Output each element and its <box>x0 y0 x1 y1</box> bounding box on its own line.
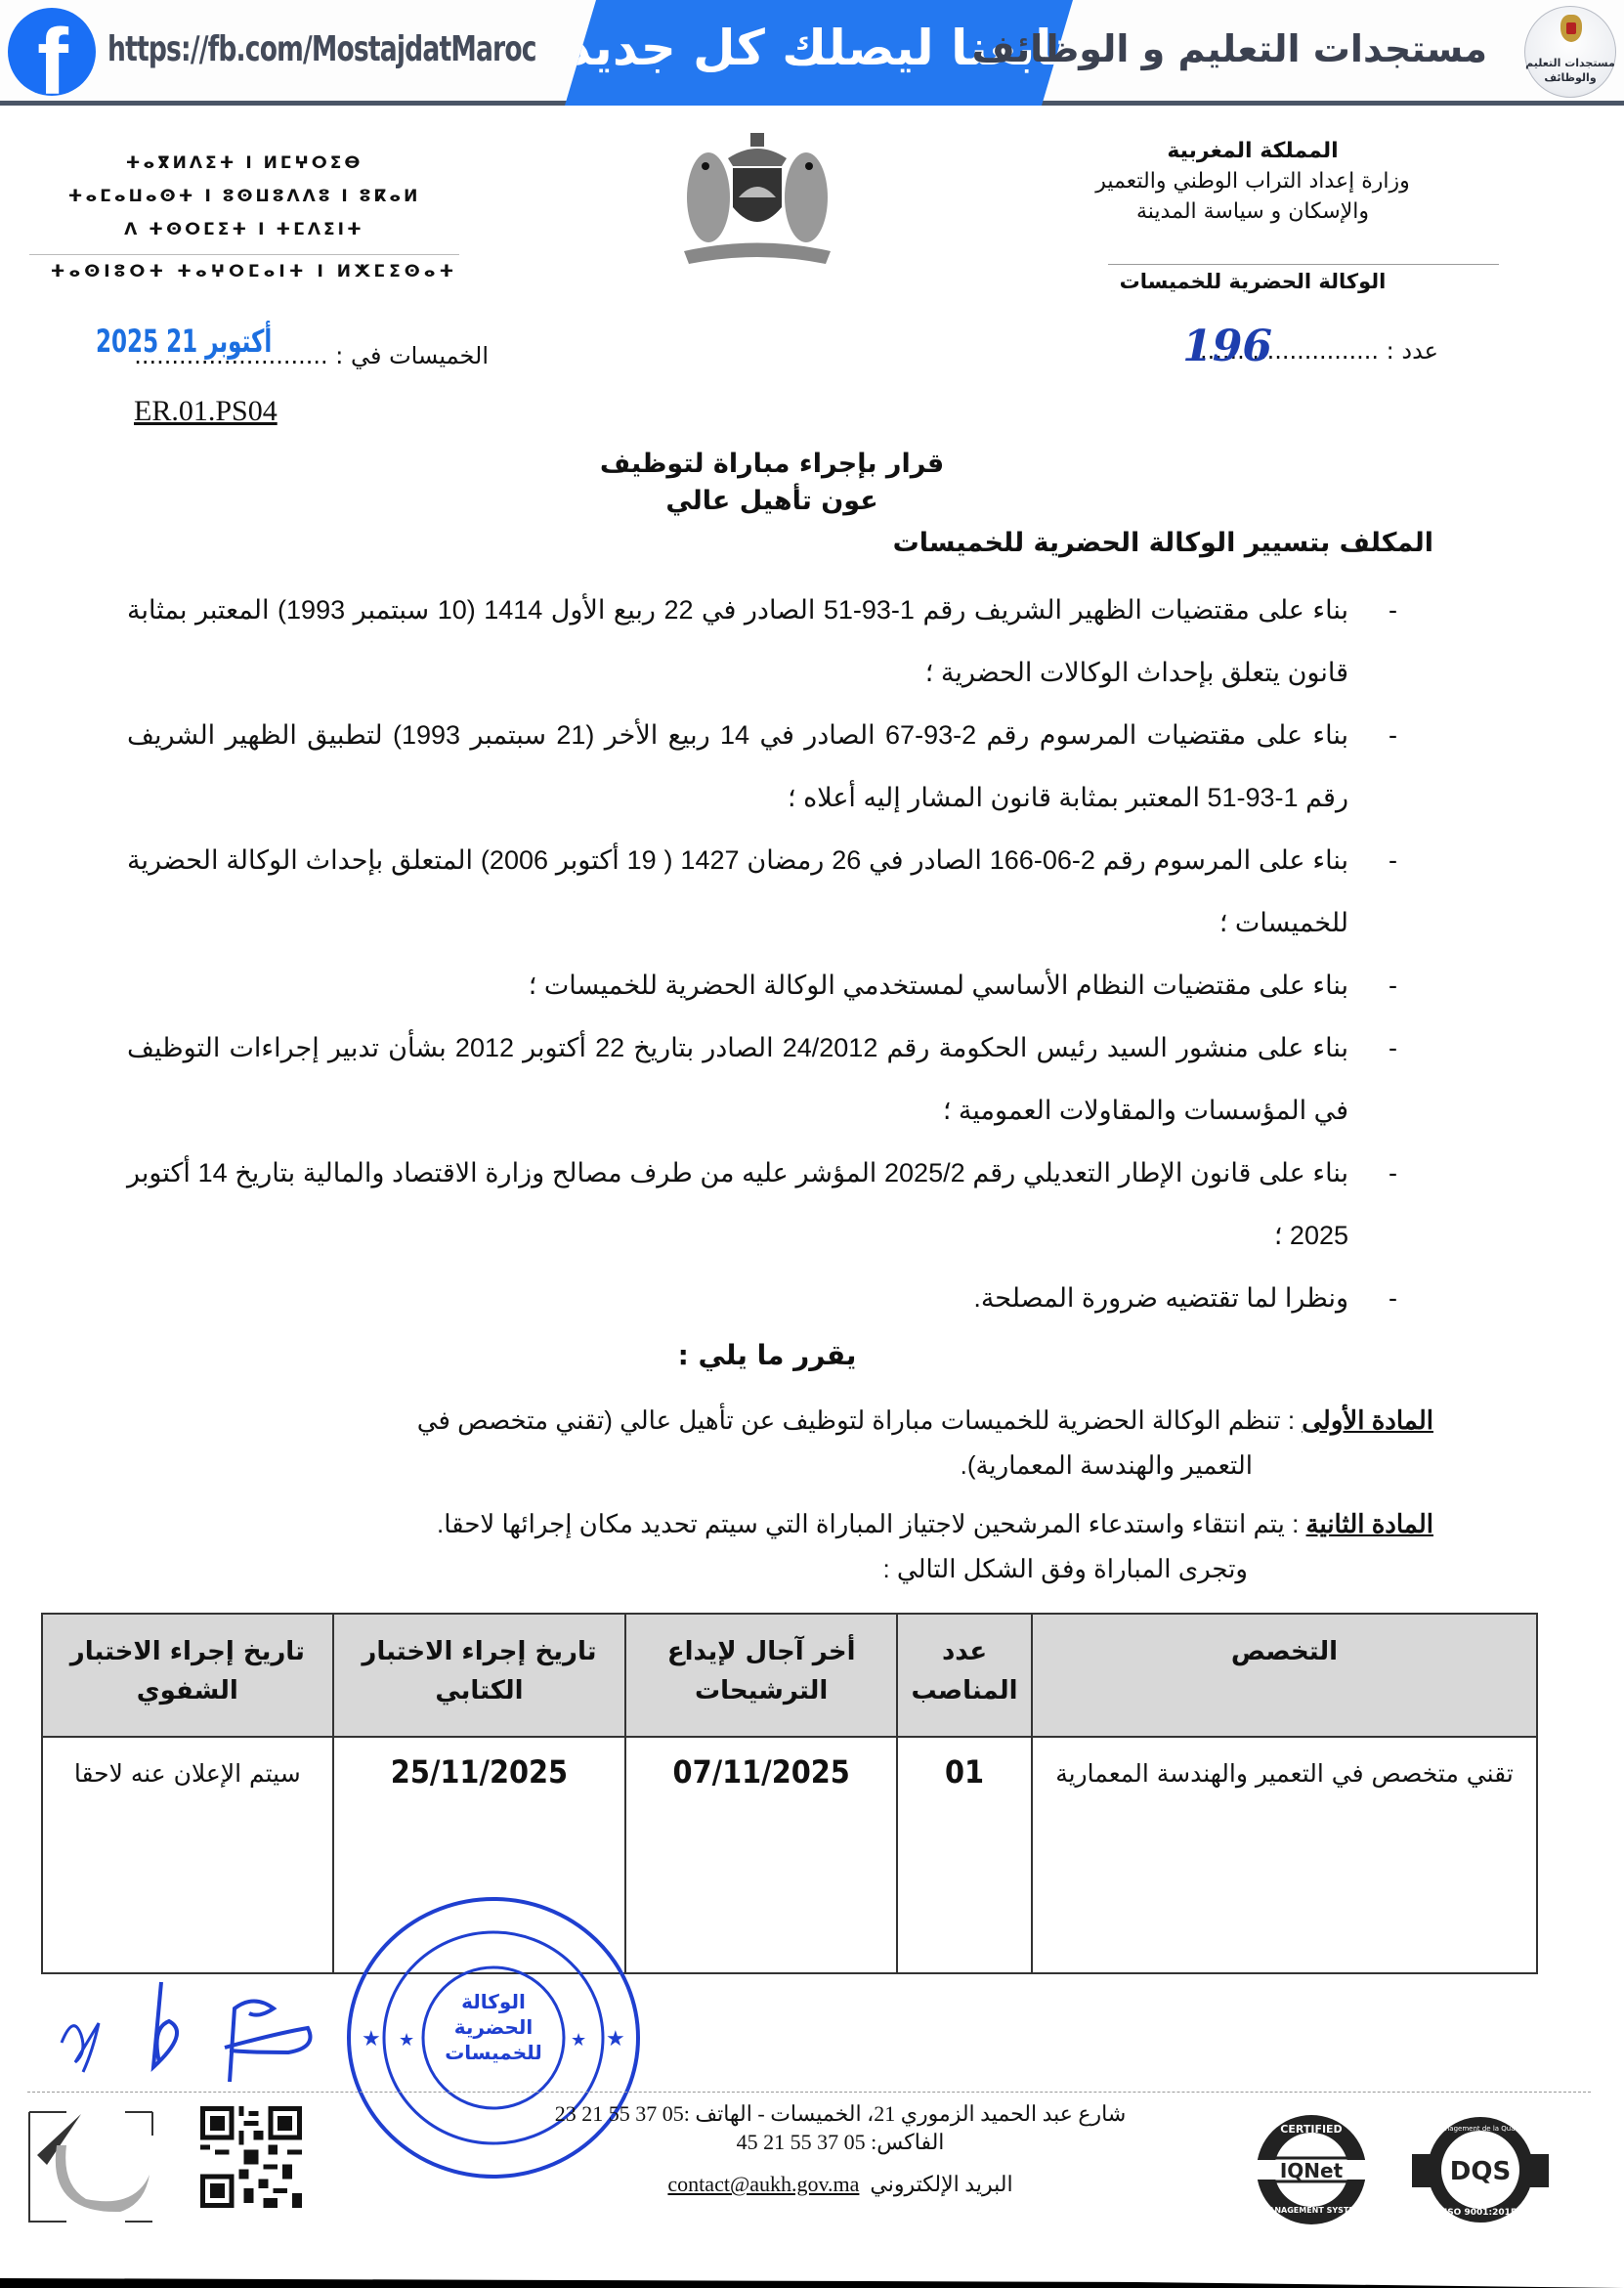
list-item: -بناء على المرسوم رقم 2-06-166 الصادر في… <box>127 829 1397 954</box>
site-name: مستجدات التعليم و الوظائف <box>972 27 1487 70</box>
column-header: تاريخ إجراء الاختبار الشفوي <box>42 1614 333 1737</box>
royal-coat-of-arms-icon <box>674 129 840 276</box>
handwritten-signatures <box>54 1974 327 2082</box>
article-2: المادة الثانية : يتم انتقاء واستدعاء الم… <box>144 1501 1433 1591</box>
column-header: تاريخ إجراء الاختبار الكتابي <box>333 1614 626 1737</box>
svg-text:Management de la Qualité: Management de la Qualité <box>1435 2125 1526 2133</box>
oral-exam-cell: سيتم الإعلان عنه لاحقا <box>42 1737 333 1973</box>
decides-heading: يقرر ما يلي : <box>547 1339 987 1371</box>
decision-title: قرار بإجراء مباراة لتوظيف عون تأهيل عالي <box>547 446 997 520</box>
list-item: -بناء على مقتضيات النظام الأساسي لمستخدم… <box>127 954 1397 1016</box>
divider <box>1108 264 1499 265</box>
facebook-link[interactable]: https://fb.com/MostajdatMaroc <box>107 29 536 69</box>
table-header-row: التخصص عدد المناصب أخر آجال لإيداع الترش… <box>42 1614 1537 1737</box>
facebook-icon[interactable]: f <box>8 8 96 96</box>
email-row: البريد الإلكتروني contact@aukh.gov.ma <box>547 2170 1133 2198</box>
svg-text:ISO 9001:2015: ISO 9001:2015 <box>1444 2208 1517 2218</box>
promo-banner: f https://fb.com/MostajdatMaroc تابعنا ل… <box>0 0 1624 106</box>
svg-text:★: ★ <box>399 2030 414 2051</box>
issuer: المكلف بتسيير الوكالة الحضرية للخميسات <box>893 528 1433 558</box>
svg-text:CERTIFIED: CERTIFIED <box>1280 2123 1342 2136</box>
table-row: تقني متخصص في التعمير والهندسة المعمارية… <box>42 1737 1537 1973</box>
divider <box>27 2092 1591 2093</box>
considerations-list: -بناء على مقتضيات الظهير الشريف رقم 1-93… <box>127 579 1397 1329</box>
iqnet-certification-badge: IQNet CERTIFIED MANAGEMENT SYSTEM <box>1253 2111 1370 2228</box>
scan-edge <box>0 2278 1624 2288</box>
contact-info: شارع عبد الحميد الزموري 21، الخميسات - ا… <box>547 2099 1133 2198</box>
date-stamp: 2025 أكتوبر 21 <box>96 323 272 360</box>
tifinagh-agency: ⵜⴰⵙⵏⵓⵔⵜ ⵜⴰⵖⵔⵎⴰⵏⵜ ⵏ ⵍⵅⵎⵉⵙⴰⵜ <box>39 262 469 281</box>
column-header: التخصص <box>1032 1614 1537 1737</box>
agency-logo-icon <box>27 2106 154 2223</box>
positions-cell: 01 <box>897 1737 1032 1973</box>
competition-table: التخصص عدد المناصب أخر آجال لإيداع الترش… <box>41 1613 1538 1974</box>
svg-text:DQS: DQS <box>1450 2157 1511 2186</box>
svg-text:MANAGEMENT SYSTEM: MANAGEMENT SYSTEM <box>1261 2206 1362 2215</box>
list-item: -ونظرا لما تقتضيه ضرورة المصلحة. <box>127 1267 1397 1329</box>
qr-code-icon[interactable] <box>200 2106 302 2208</box>
specialty-cell: تقني متخصص في التعمير والهندسة المعمارية <box>1032 1737 1537 1973</box>
site-logo: مستجدات التعليم والوظائف <box>1524 6 1616 98</box>
deadline-cell: 07/11/2025 <box>625 1737 897 1973</box>
svg-text:IQNet: IQNet <box>1280 2159 1344 2182</box>
ministry-header: المملكة المغربية وزارة إعداد التراب الوط… <box>1047 137 1458 227</box>
coat-of-arms-icon <box>1560 15 1582 42</box>
list-item: -بناء على مقتضيات المرسوم رقم 2-93-67 ال… <box>127 704 1397 829</box>
list-item: -بناء على منشور السيد رئيس الحكومة رقم 2… <box>127 1016 1397 1142</box>
svg-text:★: ★ <box>606 2027 625 2051</box>
handwritten-number: 196 <box>1182 322 1272 371</box>
agency-name: الوكالة الحضرية للخميسات <box>1047 270 1458 293</box>
column-header: عدد المناصب <box>897 1614 1032 1737</box>
column-header: أخر آجال لإيداع الترشيحات <box>625 1614 897 1737</box>
dqs-iso-certification-badge: DQS Management de la Qualité ISO 9001:20… <box>1412 2111 1529 2228</box>
divider <box>29 254 459 255</box>
reference-number: عدد : ........................ 196 <box>1200 337 1438 365</box>
email-link[interactable]: contact@aukh.gov.ma <box>667 2172 859 2196</box>
document-code: ER.01.PS04 <box>134 395 278 428</box>
svg-text:★: ★ <box>571 2030 586 2051</box>
seal-center-text: الوكالة الحضرية للخميسات <box>435 1989 552 2065</box>
list-item: -بناء على قانون الإطار التعديلي رقم 2025… <box>127 1142 1397 1267</box>
list-item: -بناء على مقتضيات الظهير الشريف رقم 1-93… <box>127 579 1397 704</box>
article-1: المادة الأولى : تنظم الوكالة الحضرية للخ… <box>144 1398 1433 1488</box>
site-logo-text: مستجدات التعليم والوظائف <box>1525 56 1615 85</box>
svg-text:★: ★ <box>362 2027 381 2051</box>
fax: الفاكس: 05 37 55 21 45 <box>547 2128 1133 2156</box>
tifinagh-ministry: ⵜⴰⴳⵍⴷⵉⵜ ⵏ ⵍⵎⵖⵔⵉⴱ ⵜⴰⵎⴰⵡⴰⵙⵜ ⵏ ⵓⵙⵡⵓⴷⴷⵓ ⵏ ⵓⴽ… <box>39 147 449 246</box>
